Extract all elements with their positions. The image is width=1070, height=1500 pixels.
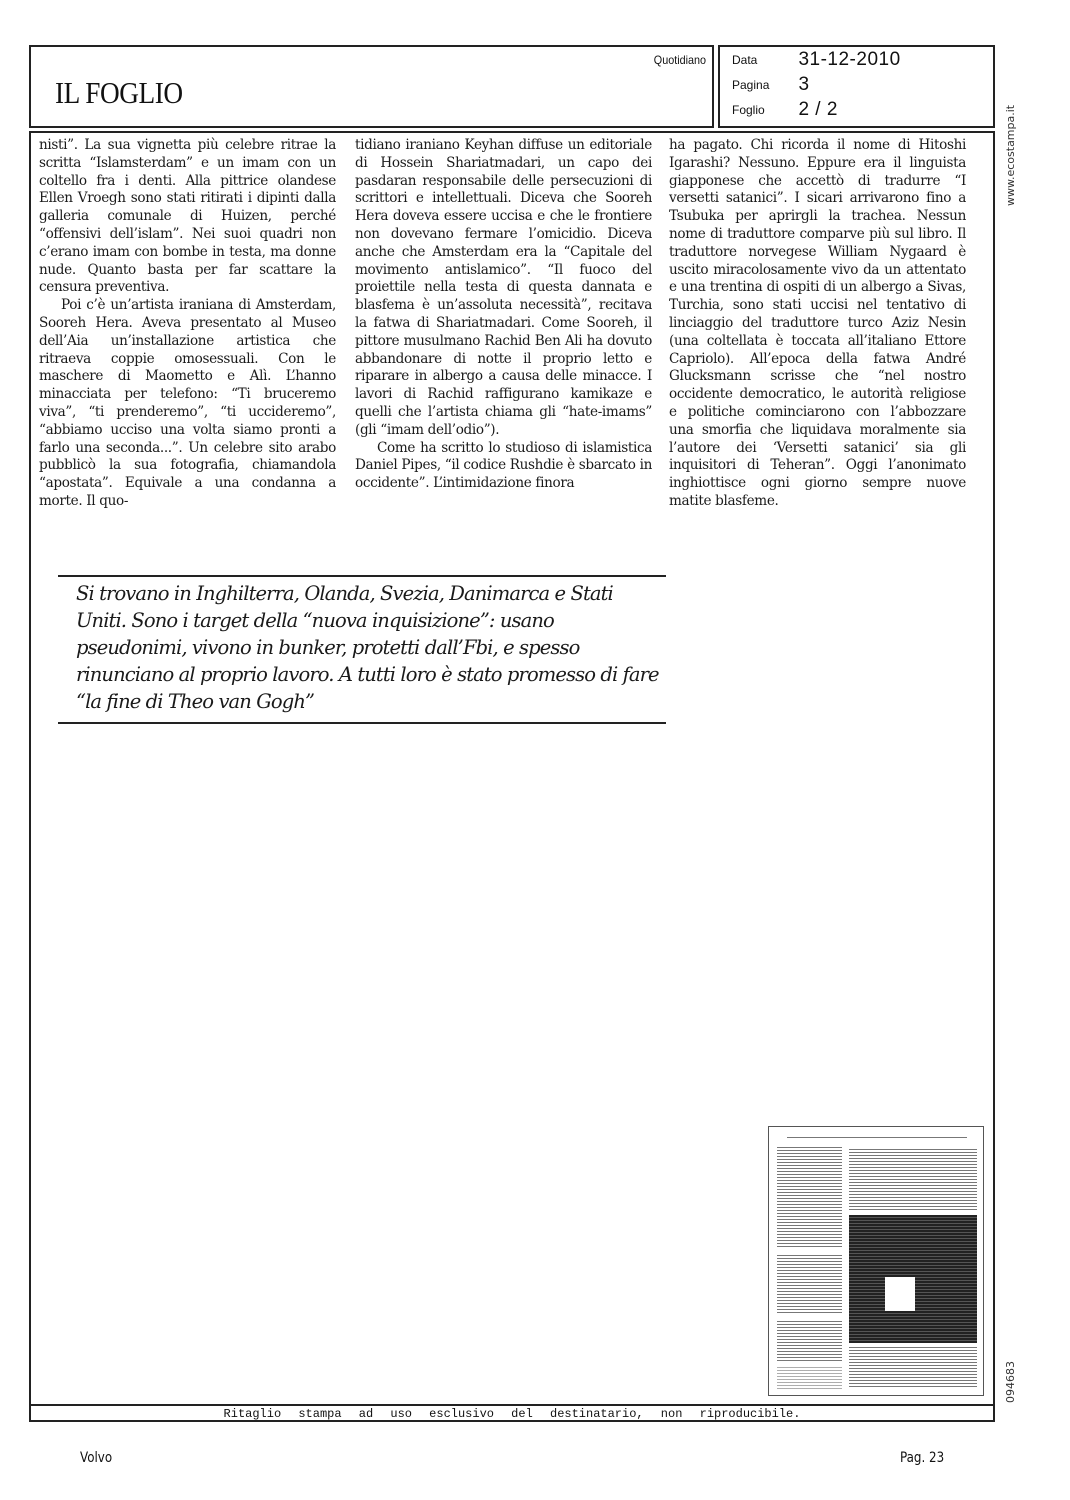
paragraph: Poi c’è un’artista iraniana di Amsterdam… (39, 297, 336, 511)
disclaimer-text: Ritaglio stampa ad uso esclusivo del des… (29, 1407, 995, 1421)
article-column-2: tidiano iraniano Keyhan diffuse un edito… (355, 137, 652, 493)
paragraph: ha pagato. Chi ricorda il nome di Hitosh… (669, 137, 966, 511)
meta-value: 2 / 2 (798, 99, 837, 121)
paragraph: nisti”. La sua vignetta più celebre ritr… (39, 137, 336, 297)
newspaper-masthead: IL FOGLIO (55, 75, 183, 111)
meta-page: Pagina 3 (732, 74, 810, 96)
meta-value: 31-12-2010 (798, 49, 900, 71)
meta-label: Pagina (732, 78, 794, 92)
masthead-box: IL FOGLIO Quotidiano (29, 45, 714, 128)
paragraph: Come ha scritto lo studioso di islamisti… (355, 440, 652, 493)
document-code: 094683 (1004, 1361, 1017, 1403)
meta-label: Foglio (732, 103, 794, 117)
meta-label: Data (732, 53, 794, 67)
meta-value: 3 (798, 74, 809, 96)
divider (58, 722, 666, 724)
metadata-box: Data 31-12-2010 Pagina 3 Foglio 2 / 2 (718, 45, 995, 128)
paragraph: tidiano iraniano Keyhan diffuse un edito… (355, 137, 652, 440)
website-label: www.ecostampa.it (1004, 105, 1017, 206)
pull-quote-text: Si trovano in Inghilterra, Olanda, Svezi… (58, 577, 666, 722)
publication-type: Quotidiano (654, 53, 706, 67)
page-number: Pag. 23 (900, 1450, 944, 1466)
meta-sheet: Foglio 2 / 2 (732, 99, 838, 121)
page-thumbnail (768, 1126, 984, 1396)
pull-quote: Si trovano in Inghilterra, Olanda, Svezi… (58, 575, 666, 724)
article-column-1: nisti”. La sua vignetta più celebre ritr… (39, 137, 336, 511)
meta-date: Data 31-12-2010 (732, 49, 901, 71)
disclaimer-bar: Ritaglio stampa ad uso esclusivo del des… (29, 1404, 995, 1424)
article-column-3: ha pagato. Chi ricorda il nome di Hitosh… (669, 137, 966, 511)
client-name: Volvo (80, 1450, 112, 1466)
